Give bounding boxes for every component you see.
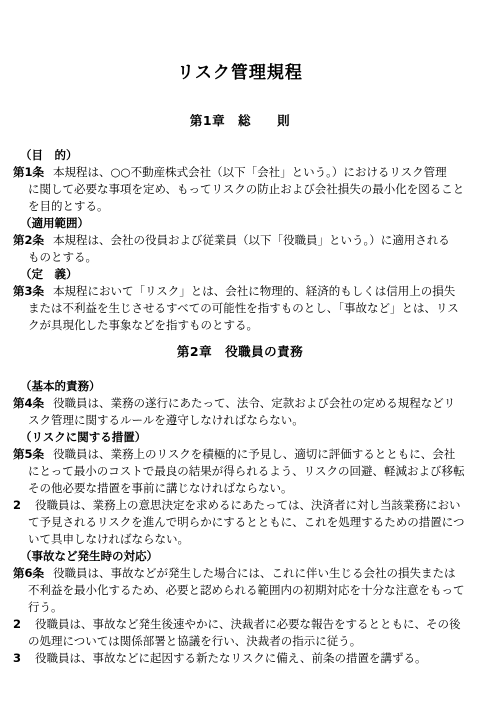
line-text: 本規程において「リスク」とは、会社に物理的、経済的もしくは信用上の損失 [53,284,455,298]
article-first-line: 2役職員は、業務上の意思決定を求めるにあたっては、決済者に対し当該業務におい [0,497,480,514]
line-text: 本規程は、会社の役員および従業員（以下「役職員」という。）に適用される [53,233,450,247]
article-continuation-line: の処理については関係部署と協議を行い、決裁者の指示に従う。 [0,633,480,650]
article-first-line: 3役職員は、事故などに起因する新たなリスクに備え、前条の措置を講ずる。 [0,650,480,667]
article-continuation-line: にとって最小のコストで最良の結果が得られるよう、リスクの回避、軽減および移転 [0,463,480,480]
article-number: 第2条 [13,233,44,247]
article-number: 3 [13,651,21,665]
article-number: 第3条 [13,284,44,298]
article-continuation-line: いて具申しなければならない。 [0,531,480,548]
article-first-line: 第1条本規程は、○○不動産株式会社（以下「会社」という。）におけるリスク管理 [0,164,480,181]
article-continuation-line: 行う。 [0,599,480,616]
article-first-line: 第6条役職員は、事故などが発生した場合には、これに伴い生じる会社の損失または [0,565,480,582]
article-number: 第6条 [13,566,44,580]
article-first-line: 第3条本規程において「リスク」とは、会社に物理的、経済的もしくは信用上の損失 [0,283,480,300]
article-continuation-line: その他必要な措置を事前に講じなければならない。 [0,480,480,497]
document-page: リスク管理規程 第1章 総 則（目 的）第1条本規程は、○○不動産株式会社（以下… [0,0,480,725]
article-continuation-line: を目的とする。 [0,198,480,215]
article-number: 第5条 [13,447,44,461]
section-heading: （リスクに関する措置） [0,429,480,446]
article-number: 2 [13,617,21,631]
article-continuation-line: スク管理に関するルールを遵守しなければならない。 [0,412,480,429]
article-first-line: 第5条役職員は、業務上のリスクを積極的に予見し、適切に評価するとともに、会社 [0,446,480,463]
line-text: 役職員は、業務上のリスクを積極的に予見し、適切に評価するとともに、会社 [53,447,455,461]
article-number: 第4条 [13,396,44,410]
article-first-line: 第2条本規程は、会社の役員および従業員（以下「役職員」という。）に適用される [0,232,480,249]
article-continuation-line: に関して必要な事項を定め、もってリスクの防止および会社損失の最小化を図ること [0,181,480,198]
chapter-heading: 第1章 総 則 [0,112,480,129]
document-body: 第1章 総 則（目 的）第1条本規程は、○○不動産株式会社（以下「会社」という。… [0,112,480,667]
section-heading: （定 義） [0,266,480,283]
article-continuation-line: て予見されるリスクを進んで明らかにするとともに、これを処理するための措置につ [0,514,480,531]
line-text: 役職員は、業務上の意思決定を求めるにあたっては、決済者に対し当該業務におい [35,498,461,512]
document-title: リスク管理規程 [0,60,480,86]
line-text: 役職員は、業務の遂行にあたって、法令、定款および会社の定める規程などリ [53,396,455,410]
article-continuation-line: 不利益を最小化するため、必要と認められる範囲内の初期対応を十分な注意をもって [0,582,480,599]
section-heading: （目 的） [0,147,480,164]
chapter-heading: 第2章 役職員の責務 [0,343,480,360]
article-continuation-line: または不利益を生じさせるすべての可能性を指すものとし、「事故など」とは、リス [0,300,480,317]
article-continuation-line: クが具現化した事象などを指すものとする。 [0,317,480,334]
section-heading: （基本的責務） [0,378,480,395]
article-number: 第1条 [13,165,44,179]
article-first-line: 2役職員は、事故など発生後速やかに、決裁者に必要な報告をするとともに、その後 [0,616,480,633]
section-heading: （適用範囲） [0,215,480,232]
article-first-line: 第4条役職員は、業務の遂行にあたって、法令、定款および会社の定める規程などリ [0,395,480,412]
article-number: 2 [13,498,21,512]
line-text: 本規程は、○○不動産株式会社（以下「会社」という。）におけるリスク管理 [53,165,447,179]
line-text: 役職員は、事故などが発生した場合には、これに伴い生じる会社の損失または [53,566,456,580]
line-text: 役職員は、事故など発生後速やかに、決裁者に必要な報告をするとともに、その後 [35,617,461,631]
section-heading: （事故など発生時の対応） [0,548,480,565]
line-text: 役職員は、事故などに起因する新たなリスクに備え、前条の措置を講ずる。 [35,651,426,665]
article-continuation-line: ものとする。 [0,249,480,266]
